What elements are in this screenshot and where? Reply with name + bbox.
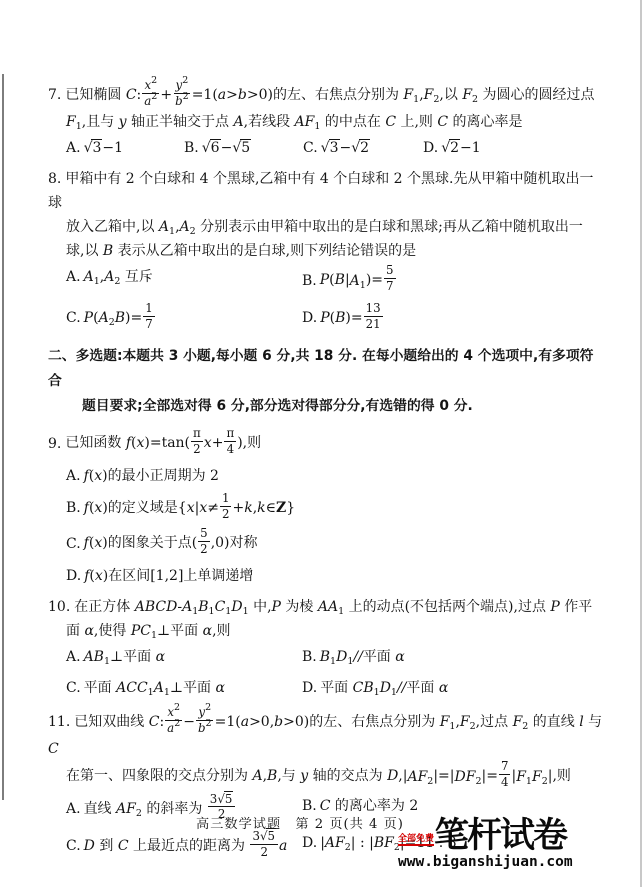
option-item: C.f(x)的图象关于点(52,0)对称 [66,528,605,558]
text-line: 10.在正方体 ABCD-A1B1C1D1 中,P 为棱 AA1 上的动点(不包… [48,595,605,619]
brand-row: 全部免费 笔杆试卷 [398,819,573,854]
text-line: 8.甲箱中有 2 个白球和 4 个黑球,乙箱中有 4 个白球和 2 个黑球.先从… [48,167,605,215]
option-label: A. [66,269,81,285]
text-line: 题目要求;全部选对得 6 分,部分选对得部分分,有选错的得 0 分. [48,394,605,419]
option-item: B.P(B|A1)=57 [302,265,605,295]
option-item: A.f(x)的最小正周期为 2 [66,464,605,488]
text-line: 7.已知椭圆 C:x2a2+y2b2=1(a>b>0)的左、右焦点分别为 F1,… [48,80,605,110]
option-label: D. [66,568,81,584]
option-item: C.√3−√2 [303,136,423,160]
question-number: 10. [48,599,70,615]
option-label: A. [66,649,81,665]
option-label: B. [302,273,317,289]
text-line: 面 α,使得 PC1⊥平面 α,则 [48,619,605,643]
question-item: 8.甲箱中有 2 个白球和 4 个黑球,乙箱中有 4 个白球和 2 个黑球.先从… [48,167,605,333]
option-label: C. [66,680,81,696]
option-item: C.D 到 C 上最近点的距离为 3√52a [66,831,302,861]
option-item: B.B1D1//平面 α [302,645,605,669]
option-item: D.√2−1 [423,136,605,160]
option-item: A.√3−1 [66,136,184,160]
options-grid: A.√3−1B.√6−√5C.√3−√2D.√2−1 [48,136,605,160]
option-item: C.P(A2B)=17 [66,303,302,333]
exam-content: 7.已知椭圆 C:x2a2+y2b2=1(a>b>0)的左、右焦点分别为 F1,… [0,0,643,869]
option-label: B. [302,649,317,665]
option-label: A. [66,140,81,156]
text-line: 11.已知双曲线 C:x2a2−y2b2=1(a>0,b>0)的左、右焦点分别为… [48,707,605,761]
option-label: D. [302,680,317,696]
option-label: C. [303,140,318,156]
option-label: B. [302,798,317,814]
option-label: B. [66,500,81,516]
option-label: B. [184,140,199,156]
option-label: A. [66,468,81,484]
option-label: C. [66,838,81,854]
option-label: C. [66,310,81,326]
option-item: B.f(x)的定义域是{x|x≠12+k,k∈Z} [66,493,605,523]
question-number: 11. [48,714,70,730]
text-line: 在第一、四象限的交点分别为 A,B,与 y 轴的交点为 D,|AF2|=|DF2… [48,761,605,791]
text-line: 球,以 B 表示从乙箱中取出的是白球,则下列结论错误的是 [48,239,605,263]
option-label: D. [423,140,438,156]
free-badge: 全部免费 [398,834,434,846]
text-line: 放入乙箱中,以 A1,A2 分别表示由甲箱中取出的是白球和黑球;再从乙箱中随机取… [48,215,605,239]
option-item: D.平面 CB1D1//平面 α [302,676,605,700]
options-grid: A.f(x)的最小正周期为 2B.f(x)的定义域是{x|x≠12+k,k∈Z}… [48,464,605,588]
text-line: 二、多选题:本题共 3 小题,每小题 6 分,共 18 分. 在每小题给出的 4… [48,344,605,394]
text-line: 9.已知函数 f(x)=tan(π2x+π4),则 [48,428,605,458]
question-number: 9. [48,436,61,452]
option-item: A.A1,A2 互斥 [66,265,302,295]
question-item: 10.在正方体 ABCD-A1B1C1D1 中,P 为棱 AA1 上的动点(不包… [48,595,605,700]
question-number: 7. [48,87,61,103]
brand-watermark: 全部免费 笔杆试卷 www.biganshijuan.com [398,819,573,871]
options-grid: A.AB1⊥平面 αB.B1D1//平面 αC.平面 ACC1A1⊥平面 αD.… [48,645,605,700]
footer-text: 高三数学试题 第 2 页(共 4 页) [196,817,404,832]
option-item: A.AB1⊥平面 α [66,645,302,669]
brand-url: www.biganshijuan.com [398,854,573,871]
option-item: B.√6−√5 [184,136,303,160]
option-item: D.P(B)=1321 [302,303,605,333]
text-line: F1,且与 y 轴正半轴交于点 A,若线段 AF1 的中点在 C 上,则 C 的… [48,110,605,134]
question-number: 8. [48,171,61,187]
option-label: D. [302,310,317,326]
option-item: D.f(x)在区间[1,2]上单调递增 [66,564,605,588]
option-label: D. [302,835,317,851]
option-item: C.平面 ACC1A1⊥平面 α [66,676,302,700]
options-grid: A.A1,A2 互斥B.P(B|A1)=57C.P(A2B)=17D.P(B)=… [48,265,605,333]
option-label: C. [66,536,81,552]
question-item: 9.已知函数 f(x)=tan(π2x+π4),则A.f(x)的最小正周期为 2… [48,428,605,587]
question-item: 7.已知椭圆 C:x2a2+y2b2=1(a>b>0)的左、右焦点分别为 F1,… [48,80,605,160]
section-header: 二、多选题:本题共 3 小题,每小题 6 分,共 18 分. 在每小题给出的 4… [48,344,605,419]
brand-name: 笔杆试卷 [434,819,566,854]
